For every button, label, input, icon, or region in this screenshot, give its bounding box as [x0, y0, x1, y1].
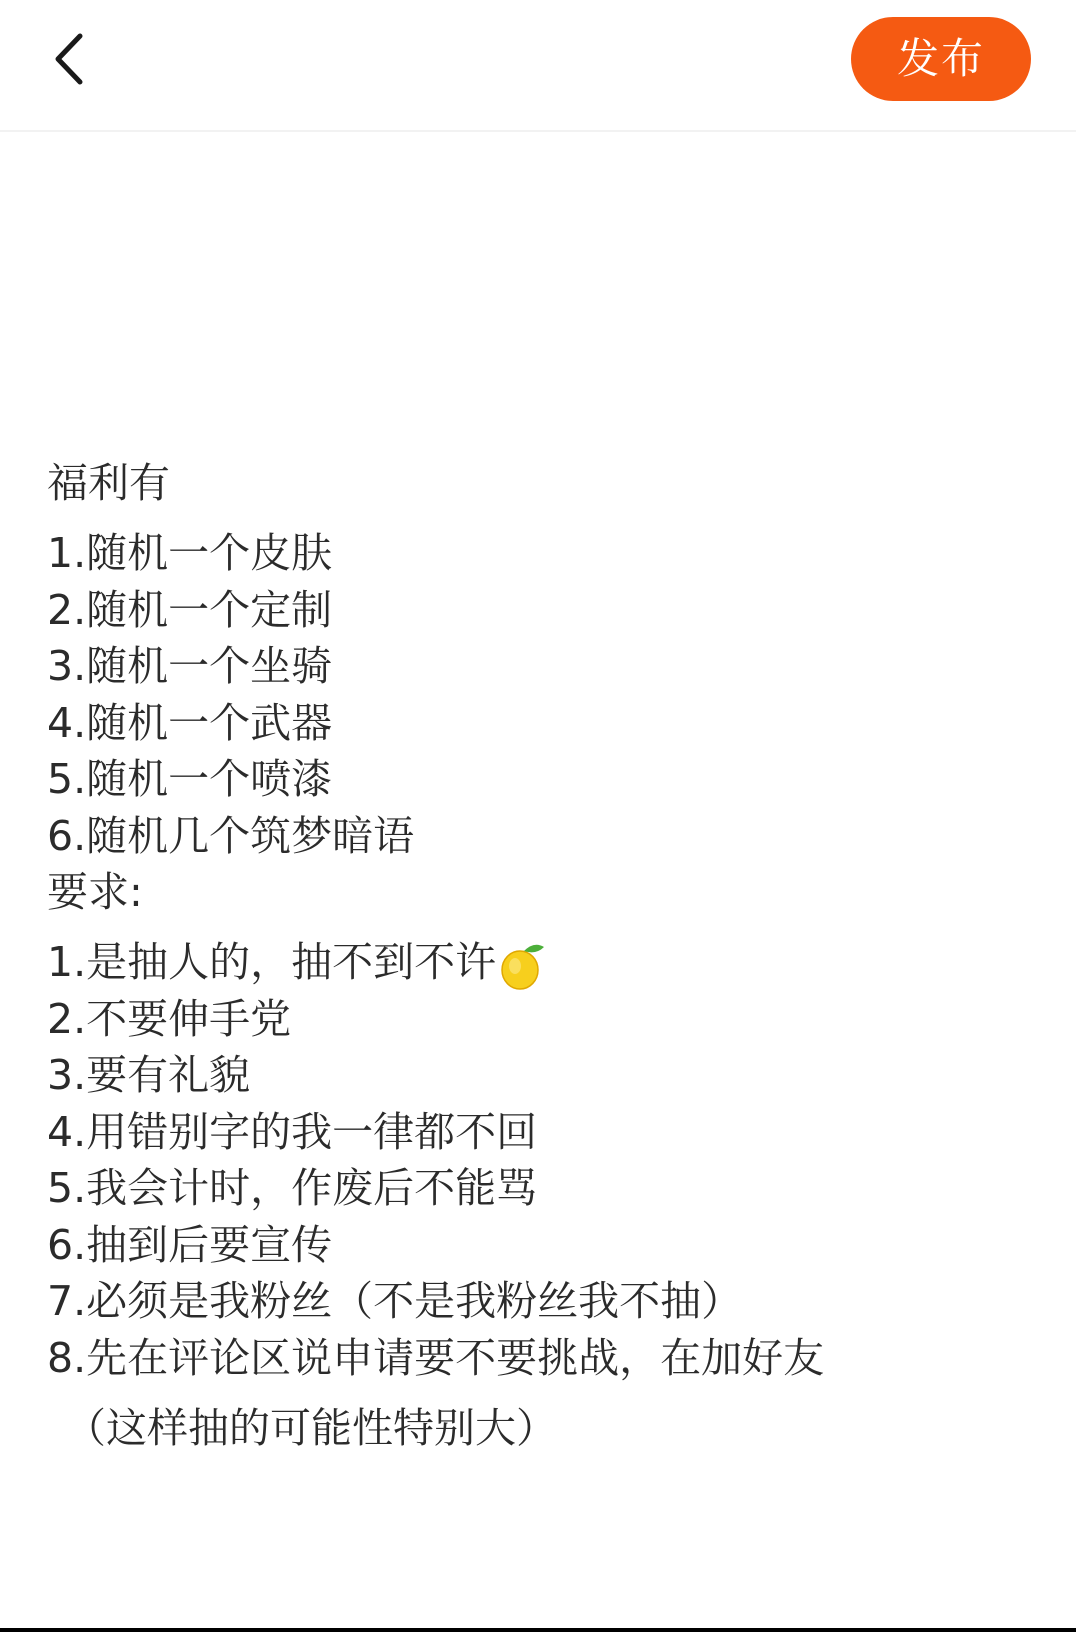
requirement-item: 1.是抽人的，抽不到不许	[47, 934, 1047, 991]
benefits-title: 福利有	[47, 455, 1047, 525]
chevron-left-icon	[48, 28, 98, 90]
requirement-item: 5.我会计时，作废后不能骂	[47, 1160, 1047, 1217]
requirement-item: 2.不要伸手党	[47, 991, 1047, 1048]
benefit-item: 1.随机一个皮肤	[47, 525, 1047, 582]
benefit-item: 2.随机一个定制	[47, 582, 1047, 639]
back-button[interactable]	[48, 28, 98, 90]
footnote: （这样抽的可能性特别大）	[47, 1400, 1047, 1457]
lemon-icon	[498, 939, 546, 991]
requirement-item: 7.必须是我粉丝（不是我粉丝我不抽）	[47, 1273, 1047, 1330]
benefit-item: 6.随机几个筑梦暗语	[47, 808, 1047, 865]
requirement-text: 1.是抽人的，抽不到不许	[47, 938, 496, 986]
publish-button[interactable]: 发布	[851, 17, 1031, 101]
post-editor-content[interactable]: 福利有 1.随机一个皮肤 2.随机一个定制 3.随机一个坐骑 4.随机一个武器 …	[47, 455, 1047, 1457]
benefit-item: 5.随机一个喷漆	[47, 751, 1047, 808]
requirement-item: 8.先在评论区说申请要不要挑战，在加好友	[47, 1330, 1047, 1387]
requirement-item: 6.抽到后要宣传	[47, 1217, 1047, 1274]
benefit-item: 4.随机一个武器	[47, 695, 1047, 752]
benefit-item: 3.随机一个坐骑	[47, 638, 1047, 695]
requirement-item: 3.要有礼貌	[47, 1047, 1047, 1104]
requirements-title: 要求:	[47, 864, 1047, 934]
requirement-item: 4.用错别字的我一律都不回	[47, 1104, 1047, 1161]
bottom-edge	[0, 1628, 1076, 1632]
top-bar: 发布	[0, 0, 1076, 132]
